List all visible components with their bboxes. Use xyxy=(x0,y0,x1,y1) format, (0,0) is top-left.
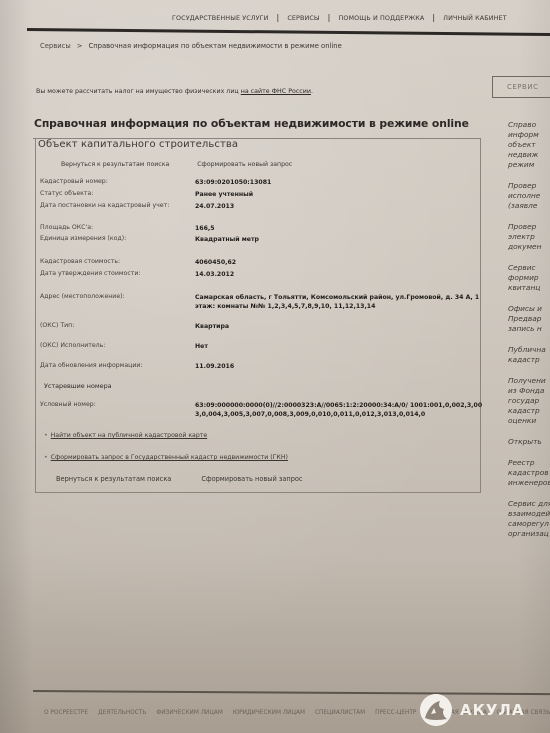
nav-separator: | xyxy=(432,13,435,22)
back-to-results-button[interactable]: Вернуться к результатам поиска xyxy=(61,161,169,168)
service-link[interactable]: Публична кадастр xyxy=(508,345,550,365)
new-request-button[interactable]: Сформировать новый запрос xyxy=(201,475,302,483)
footer-link[interactable]: О Росреестре xyxy=(44,710,88,716)
services-button[interactable]: СЕРВИС xyxy=(492,76,550,98)
fns-link[interactable]: на сайте ФНС России xyxy=(241,88,311,95)
breadcrumb-separator: > xyxy=(77,42,83,50)
new-request-button[interactable]: Сформировать новый запрос xyxy=(197,161,292,168)
card-title: Объект капитального строительства xyxy=(38,139,238,150)
top-nav: Государственные услуги | Сервисы | Помощ… xyxy=(172,13,507,22)
breadcrumb-services[interactable]: Сервисы xyxy=(40,42,71,50)
link-row: •Найти объект на публичной кадастровой к… xyxy=(44,432,207,439)
unit-of-measure: Квадратный метр xyxy=(195,235,480,244)
field-label: Дата обновления информации: xyxy=(40,362,185,369)
area-value: 166,5 xyxy=(195,224,480,233)
service-link[interactable]: Получени из Фонда государ кадастр оценки xyxy=(508,376,550,426)
info-update-date: 11.09.2016 xyxy=(195,362,480,371)
footer-link[interactable]: Специалистам xyxy=(315,710,365,716)
field-label: Дата утверждения стоимости: xyxy=(40,270,185,277)
executor: Нет xyxy=(195,342,480,351)
nav-services[interactable]: Сервисы xyxy=(287,14,319,22)
page-title: Справочная информация по объектам недвиж… xyxy=(34,117,469,130)
tax-note-text: Вы можете рассчитать налог на имущество … xyxy=(36,88,241,95)
back-to-results-button[interactable]: Вернуться к результатам поиска xyxy=(56,475,171,483)
address: Самарская область, г Тольятти, Комсомоль… xyxy=(195,293,480,311)
nav-separator: | xyxy=(277,13,280,22)
bullet-icon: • xyxy=(44,432,48,439)
footer-link[interactable]: Юридическим лицам xyxy=(233,710,305,716)
breadcrumb-current: Справочная информация по объектам недвиж… xyxy=(88,42,341,50)
field-label: Условный номер: xyxy=(40,401,185,408)
bullet-icon: • xyxy=(44,454,48,461)
tax-note: Вы можете рассчитать налог на имущество … xyxy=(36,88,313,95)
field-label: Площадь ОКС'а: xyxy=(40,224,185,231)
card-actions-top: Вернуться к результатам поиска Сформиров… xyxy=(61,161,292,168)
field-label: Адрес (местоположение): xyxy=(40,293,185,300)
watermark: АКУЛА xyxy=(420,694,525,726)
field-label: Кадастровый номер: xyxy=(40,178,185,185)
field-label: Единица измерения (код): xyxy=(40,235,185,242)
breadcrumb: Сервисы > Справочная информация по объек… xyxy=(40,42,342,50)
service-link[interactable]: Реестр кадастров инженеров xyxy=(508,458,550,488)
nav-personal-account[interactable]: Личный кабинет xyxy=(443,14,506,22)
field-label: Кадастровая стоимость: xyxy=(40,258,185,265)
value-approval-date: 14.03.2012 xyxy=(195,270,480,279)
service-link[interactable]: Провер электр докумен xyxy=(508,222,550,252)
service-link[interactable]: Справо информ объект недвиж режим xyxy=(508,120,550,170)
shark-logo-icon xyxy=(420,694,452,726)
nav-public-services[interactable]: Государственные услуги xyxy=(172,14,269,22)
registration-date: 24.07.2013 xyxy=(195,202,480,211)
service-link[interactable]: Сервис формир квитанц xyxy=(508,263,550,293)
nav-separator: | xyxy=(328,13,331,22)
footer-link[interactable]: Пресс-центр xyxy=(375,710,416,716)
field-label: (ОКС) Тип: xyxy=(40,322,185,329)
conditional-number: 63:09:000000:0000(0)//2:0000323:А//0065:… xyxy=(195,401,485,419)
cadastral-value: 4060450,62 xyxy=(195,258,480,267)
object-type: Квартира xyxy=(195,322,480,331)
tax-note-end: . xyxy=(311,88,313,95)
header-divider xyxy=(27,28,550,36)
field-label: (ОКС) Исполнитель: xyxy=(40,342,185,349)
obsolete-numbers-heading: Устаревшие номера xyxy=(44,382,112,390)
service-link[interactable]: Провер исполне (заявле xyxy=(508,181,550,211)
public-map-link[interactable]: Найти объект на публичной кадастровой ка… xyxy=(51,432,208,439)
cadastral-number: 63:09:0201050:13081 xyxy=(195,178,480,187)
right-services-list: Справо информ объект недвиж режим Провер… xyxy=(508,120,550,550)
card-actions-bottom: Вернуться к результатам поиска Сформиров… xyxy=(56,475,303,483)
service-link[interactable]: Открыть xyxy=(508,437,550,447)
object-status: Ранее учтенный xyxy=(195,190,480,199)
footer-link[interactable]: Физическим лицам xyxy=(156,710,223,716)
field-label: Дата постановки на кадастровый учет: xyxy=(40,202,185,209)
link-row: •Сформировать запрос в Государственный к… xyxy=(44,454,288,461)
field-label: Статус объекта: xyxy=(40,190,185,197)
watermark-text: АКУЛА xyxy=(460,701,525,719)
nav-help-support[interactable]: Помощь и поддержка xyxy=(338,14,424,22)
service-link[interactable]: Офисы и Предвар запись н xyxy=(508,304,550,334)
gkn-request-link[interactable]: Сформировать запрос в Государственный ка… xyxy=(51,454,288,461)
service-link[interactable]: Сервис для взаимодей саморегул организац xyxy=(508,499,550,539)
footer-link[interactable]: Деятельность xyxy=(98,710,146,716)
